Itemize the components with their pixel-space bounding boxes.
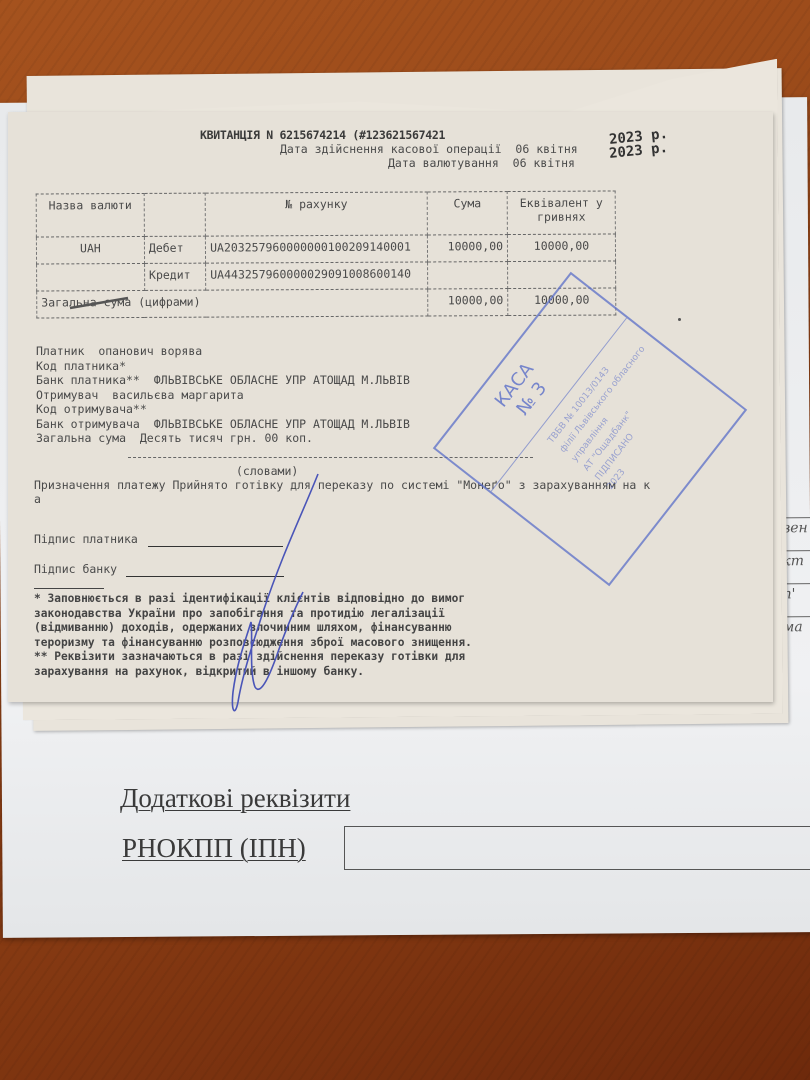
recipient-code-label: Код отримувача** (36, 402, 147, 416)
payer-bank-value: ФЛЬВІВСЬКЕ ОБЛАСНЕ УПР АТОЩАД М.ЛЬВІВ (154, 373, 410, 387)
cell-account: UA443257960000029091008600140 (206, 262, 428, 290)
total-words-label: Загальна сума (36, 431, 126, 445)
cell-currency: UAH (36, 236, 144, 264)
party-details: Платник опанович ворява Код платника* Ба… (36, 344, 410, 446)
cell-type: Дебет (144, 236, 205, 263)
operation-date-value: 06 квітня (515, 142, 577, 156)
receipt-title: КВИТАНЦІЯ N 6215674214 (#123621567421 (200, 128, 445, 142)
bank-signature-label: Підпис банку (34, 562, 117, 576)
footnote-separator (34, 588, 104, 589)
payer-bank-label: Банк платника** (36, 373, 140, 387)
header-type (144, 193, 205, 236)
bank-signature-line[interactable] (126, 576, 284, 577)
total-words-value: Десять тисяч грн. 00 коп. (140, 431, 313, 445)
bank-cashier-stamp: КАСА№ 3 ТВБВ № 10013/0143 філії Львівськ… (433, 272, 747, 586)
header-amount: Сума (427, 192, 507, 235)
footnote-line: зарахування на рахунок, відкритий в іншо… (34, 665, 364, 678)
cell-amount: 10000,00 (428, 235, 508, 262)
total-amount: 10000,00 (428, 289, 508, 316)
header-account: № рахунку (205, 192, 427, 236)
cell-account: UA203257960000000100209140001 (206, 235, 428, 263)
operation-date: Дата здійснення касової операції 06 квіт… (280, 142, 578, 156)
header-equivalent: Еквівалент у гривнях (507, 191, 615, 235)
pen-mark-icon (68, 296, 133, 310)
footnote-line: ** Реквізити зазначаються в разі здійсне… (34, 650, 465, 663)
payer-signature-line[interactable] (148, 546, 283, 547)
words-caption: (словами) (236, 464, 298, 478)
footnote-line: законодавства України про запобігання та… (34, 607, 445, 620)
payer-label: Платник (36, 344, 84, 358)
operation-date-label: Дата здійснення касової операції (280, 142, 502, 156)
payer-code-label: Код платника* (36, 359, 126, 373)
valuation-date-value: 06 квітня (513, 156, 575, 170)
footnote-line: тероризму та фінансуванню розповсюдження… (34, 636, 472, 649)
cell-equivalent: 10000,00 (507, 234, 615, 262)
footnotes: * Заповнюється в разі ідентифікації кліє… (34, 592, 472, 679)
cell-currency (37, 263, 145, 291)
table-row: UAH Дебет UA203257960000000100209140001 … (36, 234, 615, 264)
cash-receipt: КВИТАНЦІЯ N 6215674214 (#123621567421 Да… (8, 112, 773, 702)
cell-amount (428, 262, 508, 289)
header-currency: Назва валюти (36, 193, 144, 237)
table-row: Кредит UA443257960000029091008600140 (37, 261, 616, 291)
ink-dot (678, 318, 681, 321)
payer-value: опанович ворява (98, 344, 202, 358)
recipient-bank-label: Банк отримувача (36, 417, 140, 431)
stamp-kasa-text: КАСА№ 3 (491, 359, 556, 425)
valuation-date-label: Дата валютування (388, 156, 499, 170)
recipient-bank-value: ФЛЬВІВСЬКЕ ОБЛАСНЕ УПР АТОЩАД М.ЛЬВІВ (154, 417, 410, 431)
cell-type: Кредит (144, 263, 205, 290)
table-header-row: Назва валюти № рахунку Сума Еквівалент у… (36, 191, 615, 237)
rnokpp-label: РНОКПП (ІПН) (122, 833, 306, 864)
footnote-line: (відмиванню) доходів, одержаних злочинни… (34, 621, 452, 634)
payer-signature-label: Підпис платника (34, 532, 138, 546)
recipient-value: васильєва маргарита (112, 388, 244, 402)
footnote-line: * Заповнюється в разі ідентифікації кліє… (34, 592, 465, 605)
additional-details-heading: Додаткові реквізити (120, 783, 350, 814)
recipient-label: Отримувач (36, 388, 98, 402)
valuation-date: Дата валютування 06 квітня (388, 156, 575, 170)
rnokpp-input-box[interactable] (344, 826, 810, 870)
payment-purpose-continued: а (34, 492, 41, 506)
